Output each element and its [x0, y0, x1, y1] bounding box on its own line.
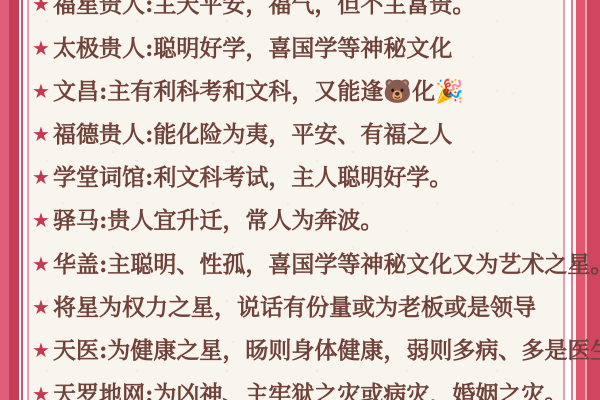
star-icon: ★ — [32, 79, 50, 103]
star-icon: ★ — [32, 208, 50, 232]
star-icon: ★ — [32, 295, 50, 319]
list-item-text: 将星为权力之星，说话有份量或为老板或是领导 — [53, 294, 536, 321]
astrology-poster: ★福星贵人:主天平安，福气，但不主富贵。 ★太极贵人:聪明好学，喜国学等神秘文化… — [0, 0, 600, 400]
left-border-band — [9, 0, 19, 400]
list-item: ★天医:为健康之星，旸则身体健康，弱则多病、多是医生。 — [32, 337, 560, 364]
list-item-text: 福德贵人:能化险为夷，平安、有福之人 — [53, 121, 453, 148]
star-icon: ★ — [32, 252, 50, 276]
list-item-text: 文昌:主有利科考和文科，又能逢🐻化🎉 — [53, 78, 464, 105]
list-item: ★天罗地网:为凶神、主牢狱之灾或病灾，婚姻之灾。 — [32, 381, 560, 400]
left-margin-stripe — [0, 0, 9, 400]
star-icon: ★ — [32, 122, 50, 146]
list-item-text: 学堂词馆:利文科考试，主人聪明好学。 — [53, 164, 453, 191]
list-item: ★驿马:贵人宜升迁，常人为奔波。 — [32, 207, 560, 234]
list-item-text: 华盖:主聪明、性孤，喜国学等神秘文化又为艺术之星。 — [53, 251, 600, 278]
star-icon: ★ — [32, 165, 50, 189]
list-item: ★福德贵人:能化险为夷，平安、有福之人 — [32, 121, 560, 148]
list-item-text: 驿马:贵人宜升迁，常人为奔波。 — [53, 207, 384, 234]
star-icon: ★ — [32, 382, 50, 400]
list-item: ★文昌:主有利科考和文科，又能逢🐻化🎉 — [32, 78, 560, 105]
list-item: ★华盖:主聪明、性孤，喜国学等神秘文化又为艺术之星。 — [32, 251, 560, 278]
list-item-text: 太极贵人:聪明好学，喜国学等神秘文化 — [53, 35, 453, 62]
star-icon: ★ — [32, 338, 50, 362]
list-item: ★学堂词馆:利文科考试，主人聪明好学。 — [32, 164, 560, 191]
list-item: ★将星为权力之星，说话有份量或为老板或是领导 — [32, 294, 560, 321]
star-icon: ★ — [32, 36, 50, 60]
paper-panel: ★福星贵人:主天平安，福气，但不主富贵。 ★太极贵人:聪明好学，喜国学等神秘文化… — [29, 0, 563, 400]
list-item-text: 天罗地网:为凶神、主牢狱之灾或病灾，婚姻之灾。 — [53, 381, 568, 400]
list-item-text: 福星贵人:主天平安，福气，但不主富贵。 — [53, 0, 476, 18]
list-item: ★太极贵人:聪明好学，喜国学等神秘文化 — [32, 35, 560, 62]
star-icon: ★ — [32, 0, 50, 16]
list-item-text: 天医:为健康之星，旸则身体健康，弱则多病、多是医生。 — [53, 337, 600, 364]
list-item: ★福星贵人:主天平安，福气，但不主富贵。 — [32, 0, 560, 18]
